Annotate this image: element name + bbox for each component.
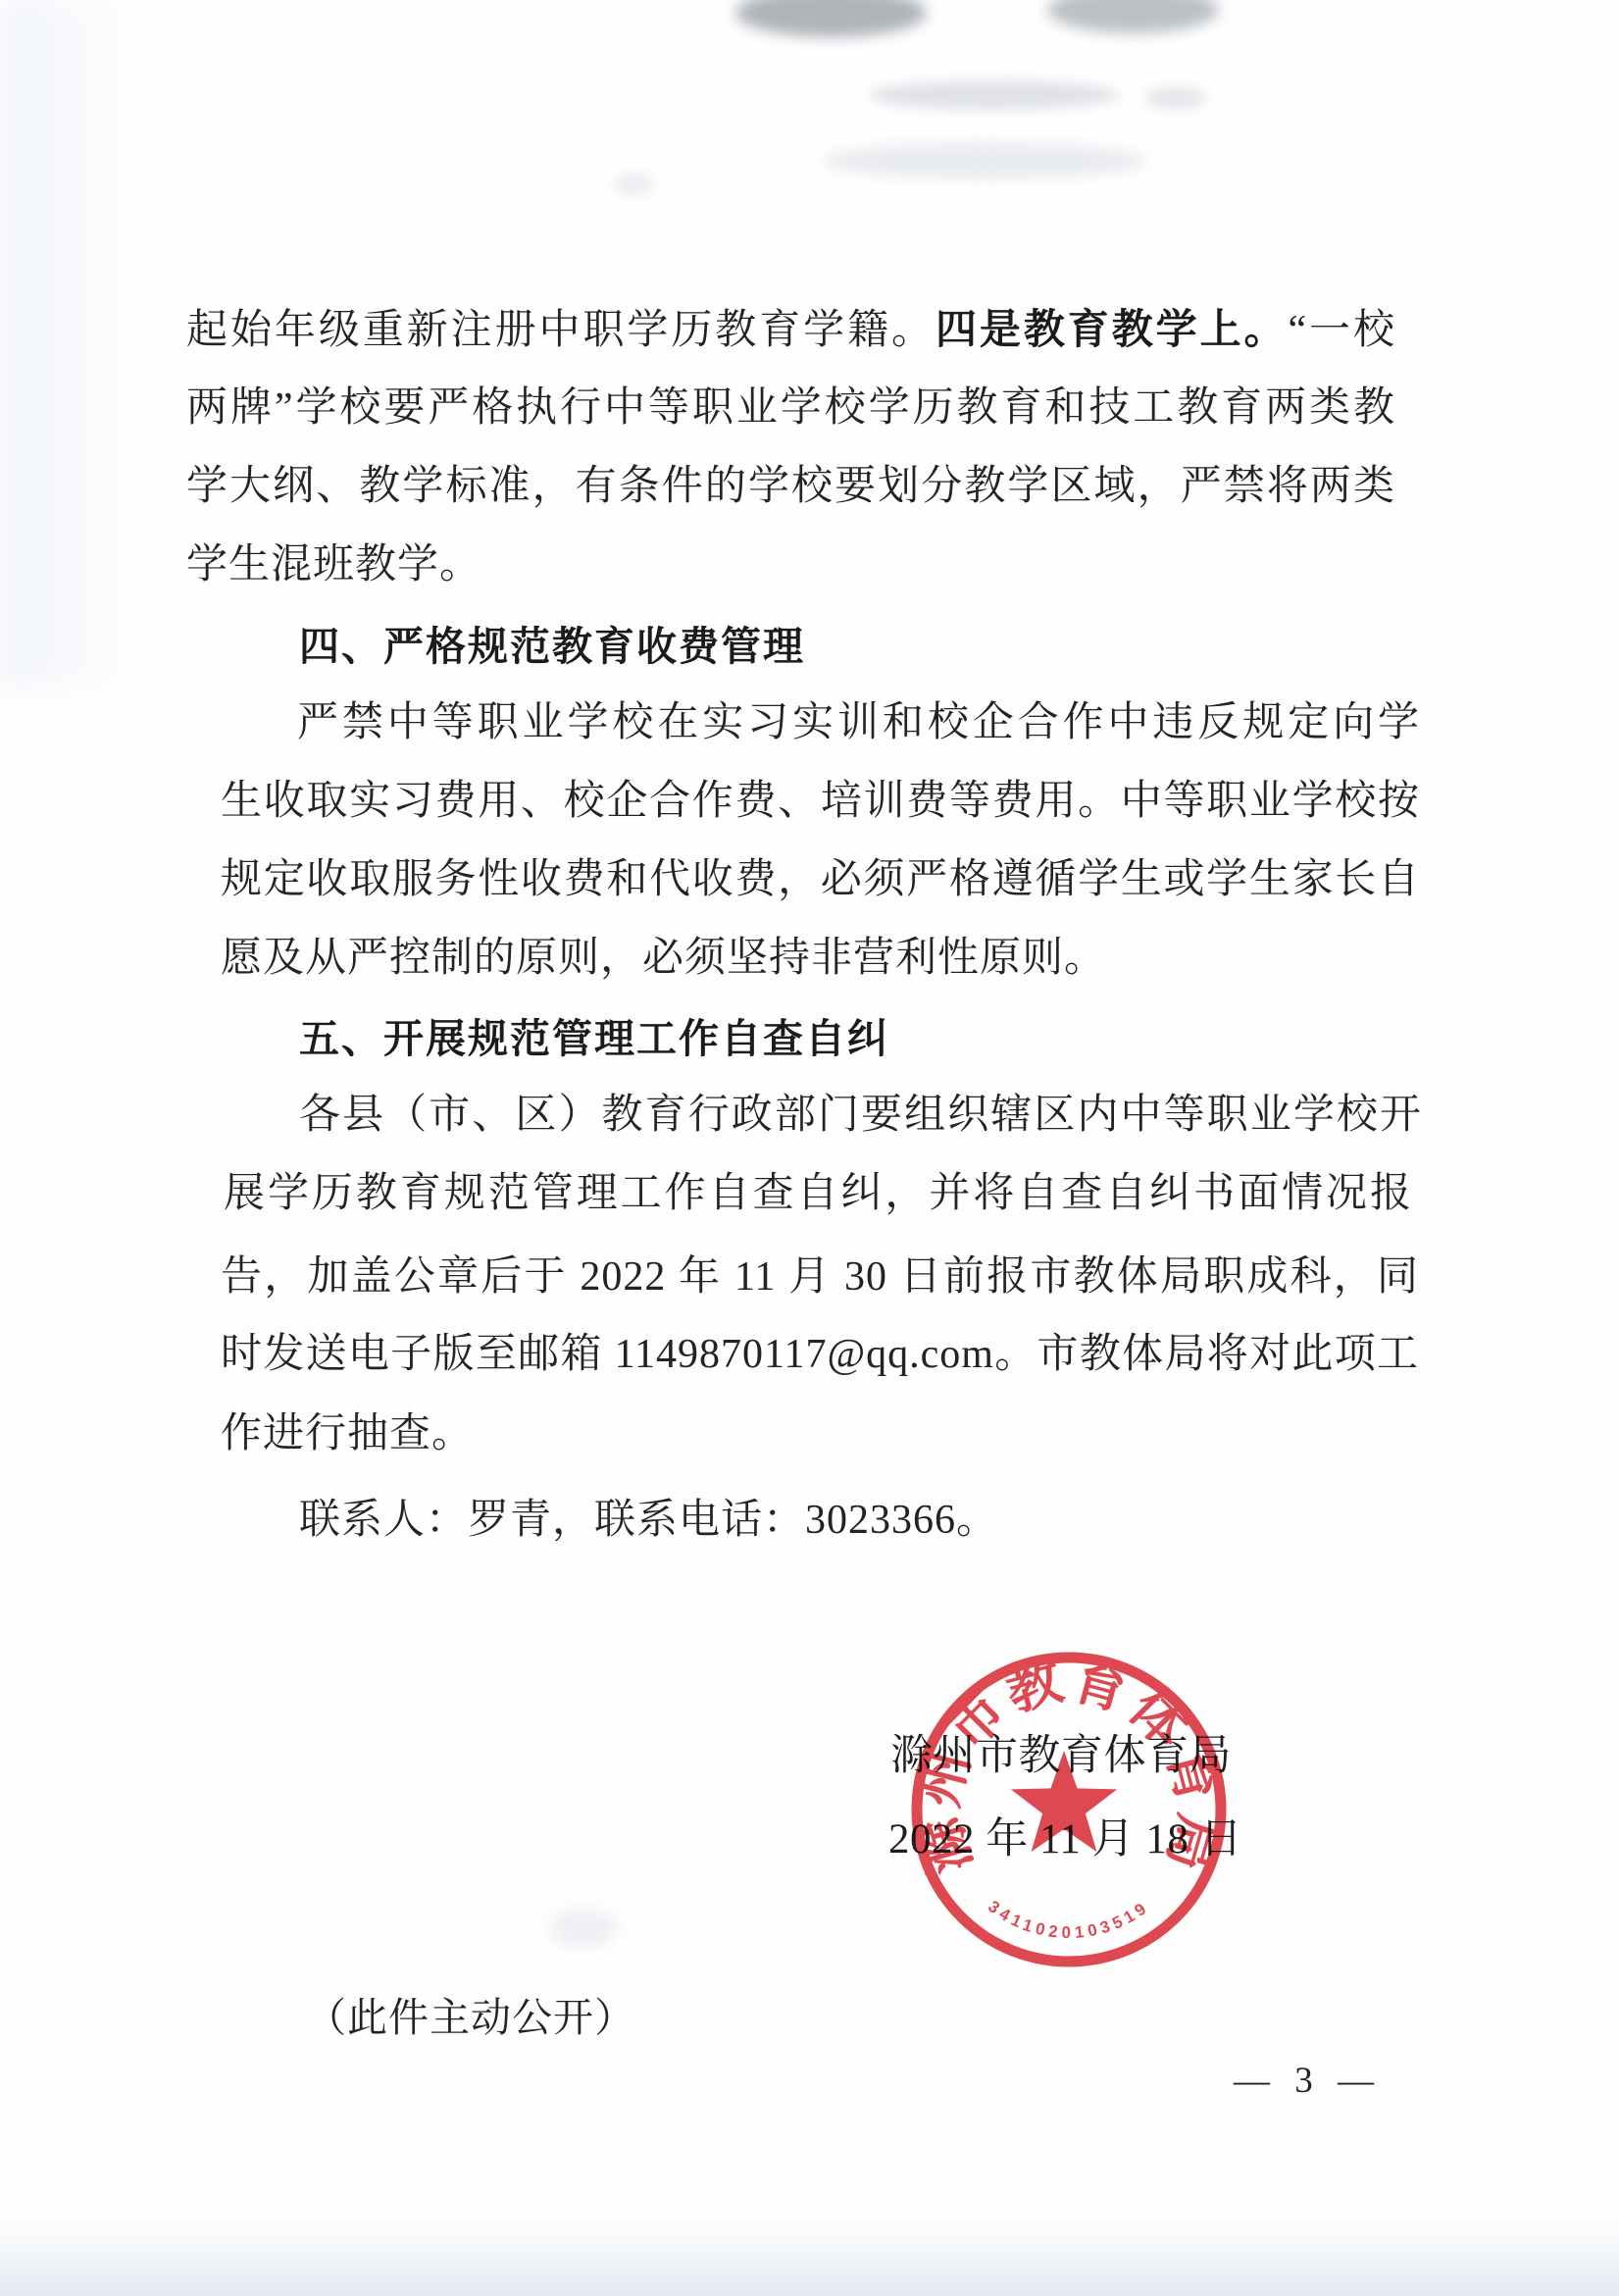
scan-smudge [1145, 86, 1206, 110]
scan-smudge [549, 1909, 618, 1948]
body-line: 展学历教育规范管理工作自查自纠，并将自查自纠书面情况报 [224, 1169, 1412, 1218]
scan-smudge [1047, 0, 1219, 33]
scan-bottom-tint [0, 2218, 1619, 2296]
page-number: — 3 — [1234, 2060, 1382, 2102]
footer-disclosure-note: （此件主动公开） [306, 1985, 635, 2043]
scan-smudge [869, 80, 1119, 110]
body-text: 起始年级重新注册中职学历教育学籍。 [186, 308, 936, 353]
body-line: 告，加盖公章后于 2022 年 11 月 30 日前报市教体局职成科，同 [221, 1252, 1419, 1301]
body-line: 规定收取服务性收费和代收费，必须严格遵循学生或学生家长自 [221, 855, 1420, 904]
contact-line: 联系人：罗青，联系电话：3023366。 [299, 1496, 998, 1545]
body-line: 生收取实习费用、校企合作费、培训费等费用。中等职业学校按 [221, 777, 1420, 826]
body-line: 时发送电子版至邮箱 1149870117@qq.com。市教体局将对此项工 [221, 1330, 1419, 1379]
body-text: “一校 [1288, 308, 1395, 353]
scan-smudge [614, 173, 653, 196]
body-line: 学生混班教学。 [186, 540, 481, 589]
body-line: 起始年级重新注册中职学历教育学籍。四是教育教学上。“一校 [186, 305, 1395, 355]
body-line: 愿及从严控制的原则，必须坚持非营利性原则。 [221, 934, 1106, 983]
section-heading-4: 四、严格规范教育收费管理 [299, 622, 805, 671]
scan-smudge [735, 0, 927, 37]
body-text-bold: 四是教育教学上。 [936, 306, 1289, 352]
seal-star-icon [1011, 1751, 1117, 1852]
scan-smudge [824, 143, 1147, 179]
body-line: 各县（市、区）教育行政部门要组织辖区内中等职业学校开 [299, 1091, 1422, 1140]
seal-org-arc-text: 滁州市教育体育局 [907, 1648, 1231, 1881]
body-line: 作进行抽查。 [221, 1409, 474, 1458]
body-line: 学大纲、教学标准，有条件的学校要划分教学区域，严禁将两类 [186, 462, 1395, 511]
section-heading-5: 五、开展规范管理工作自查自纠 [299, 1014, 889, 1063]
body-line: 严禁中等职业学校在实习实训和校企合作中违反规定向学 [297, 698, 1420, 747]
scanned-document-page: 起始年级重新注册中职学历教育学籍。四是教育教学上。“一校 两牌”学校要严格执行中… [0, 0, 1619, 2296]
seal-serial-number: 3411020103519 [985, 1897, 1153, 1942]
body-line: 两牌”学校要严格执行中等职业学校学历教育和技工教育两类教 [186, 383, 1395, 433]
official-seal-stamp: 滁州市教育体育局 3411020103519 [903, 1644, 1235, 1975]
scan-edge-tint [0, 0, 137, 687]
